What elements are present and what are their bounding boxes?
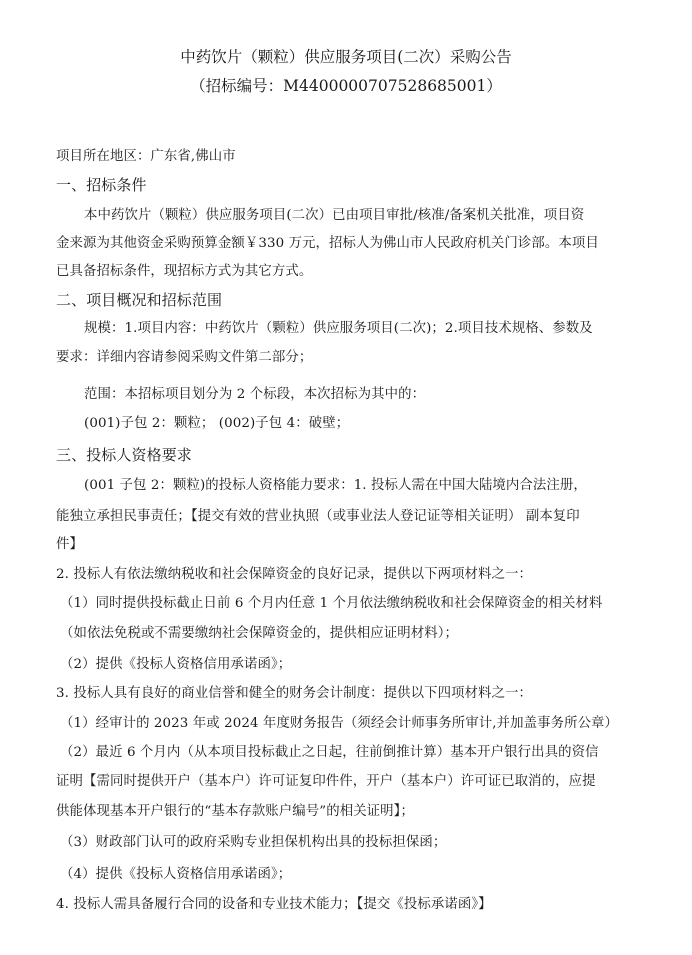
section-3-line: 2. 投标人有依法缴纳税收和社会保障资金的良好记录，提供以下两项材料之一： bbox=[56, 566, 532, 584]
section-3-line: 证明【需同时提供开户（基本户）许可证复印件件，开户（基本户）许可证已取消的，应提 bbox=[56, 773, 596, 791]
section-3-line: （1）同时提供投标截止日前 6 个月内任意 1 个月依法缴纳税收和社会保障资金的… bbox=[60, 595, 602, 613]
section-3-line: （2）最近 6 个月内（从本项目投标截止之日起，往前倒推计算）基本开户银行出具的… bbox=[60, 744, 599, 762]
section-2-line: 范围：本招标项目划分为 2 个标段，本次招标为其中的： bbox=[84, 386, 425, 404]
section-2-line: 规模：1.项目内容：中药饮片（颗粒）供应服务项目(二次)；2.项目技术规格、参数… bbox=[84, 320, 593, 338]
section-3-line: 能独立承担民事责任；【提交有效的营业执照（或事业法人登记证等相关证明） 副本复印 bbox=[56, 508, 580, 526]
section-1-line: 金来源为其他资金采购预算金额￥330 万元，招标人为佛山市人民政府机关门诊部。本… bbox=[56, 235, 599, 253]
tender-number: （招标编号：M4400000707528685001） bbox=[0, 76, 692, 96]
section-3-line: 供能体现基本开户银行的“基本存款账户编号”的相关证明】； bbox=[56, 803, 414, 821]
section-3-line: (001 子包 2：颗粒)的投标人资格能力要求：1. 投标人需在中国大陆境内合法… bbox=[84, 477, 587, 495]
section-heading-2: 二、项目概况和招标范围 bbox=[56, 291, 222, 309]
section-2-line: (001)子包 2：颗粒； (002)子包 4：破壁； bbox=[84, 415, 349, 433]
section-3-line: （3）财政部门认可的政府采购专业担保机构出具的投标担保函； bbox=[60, 834, 446, 852]
section-heading-3: 三、投标人资格要求 bbox=[56, 446, 192, 464]
document-title: 中药饮片（颗粒）供应服务项目(二次）采购公告 bbox=[0, 47, 692, 67]
section-3-line: （2）提供《投标人资格信用承诺函》； bbox=[60, 656, 291, 674]
section-2-line: 要求：详细内容请参阅采购文件第二部分； bbox=[56, 349, 312, 367]
section-3-line: 件】 bbox=[56, 536, 83, 554]
section-1-line: 本中药饮片（颗粒）供应服务项目(二次）已由项目审批/核准/备案机关批准，项目资 bbox=[84, 207, 584, 225]
section-1-line: 已具备招标条件，现招标方式为其它方式。 bbox=[56, 263, 312, 281]
section-heading-1: 一、招标条件 bbox=[56, 176, 147, 194]
project-region: 项目所在地区：广东省,佛山市 bbox=[56, 148, 236, 166]
section-3-line: 4. 投标人需具备履行合同的设备和专业技术能力；【提交《投标承诺函》】 bbox=[56, 896, 492, 914]
section-3-line: （1）经审计的 2023 年或 2024 年度财务报告（须经会计师事务所审计,并… bbox=[60, 715, 618, 733]
section-3-line: （如依法免税或不需要缴纳社会保障资金的，提供相应证明材料）； bbox=[60, 625, 458, 643]
section-3-line: 3. 投标人具有良好的商业信誉和健全的财务会计制度：提供以下四项材料之一： bbox=[56, 685, 532, 703]
section-3-line: （4）提供《投标人资格信用承诺函》； bbox=[60, 866, 291, 884]
